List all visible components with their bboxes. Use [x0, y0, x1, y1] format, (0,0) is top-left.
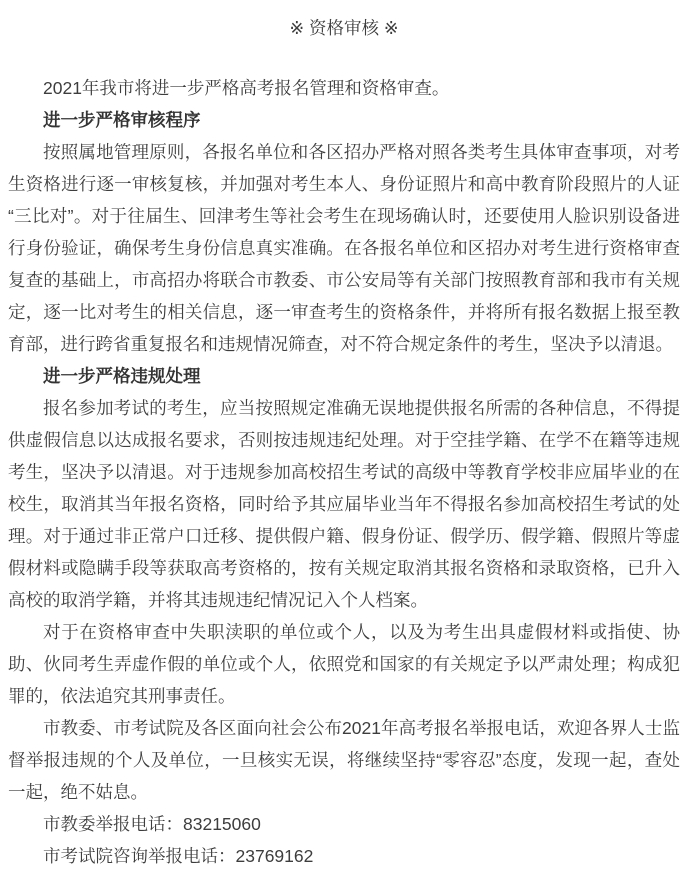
paragraph-review-procedure: 按照属地管理原则，各报名单位和各区招办严格对照各类考生具体审查事项，对考生资格进…	[8, 136, 680, 360]
page-title-text: ※ 资格审核 ※	[289, 18, 398, 38]
hotline-education-commission: 市教委举报电话：83215060	[8, 808, 680, 840]
section-heading-violation-handling: 进一步严格违规处理	[8, 360, 680, 392]
hotline-exam-institute: 市考试院咨询举报电话：23769162	[8, 840, 680, 872]
document-page: ※ 资格审核 ※ 2021年我市将进一步严格高考报名管理和资格审查。 进一步严格…	[0, 0, 688, 872]
page-title: ※ 资格审核 ※	[8, 14, 680, 42]
section-heading-review-procedure: 进一步严格审核程序	[8, 104, 680, 136]
paragraph-hotline-announcement: 市教委、市考试院及各区面向社会公布2021年高考报名举报电话，欢迎各界人士监督举…	[8, 712, 680, 808]
paragraph-accountability: 对于在资格审查中失职渎职的单位或个人，以及为考生出具虚假材料或指使、协助、伙同考…	[8, 616, 680, 712]
paragraph-violation-handling: 报名参加考试的考生，应当按照规定准确无误地提供报名所需的各种信息，不得提供虚假信…	[8, 392, 680, 616]
intro-paragraph: 2021年我市将进一步严格高考报名管理和资格审查。	[8, 72, 680, 104]
